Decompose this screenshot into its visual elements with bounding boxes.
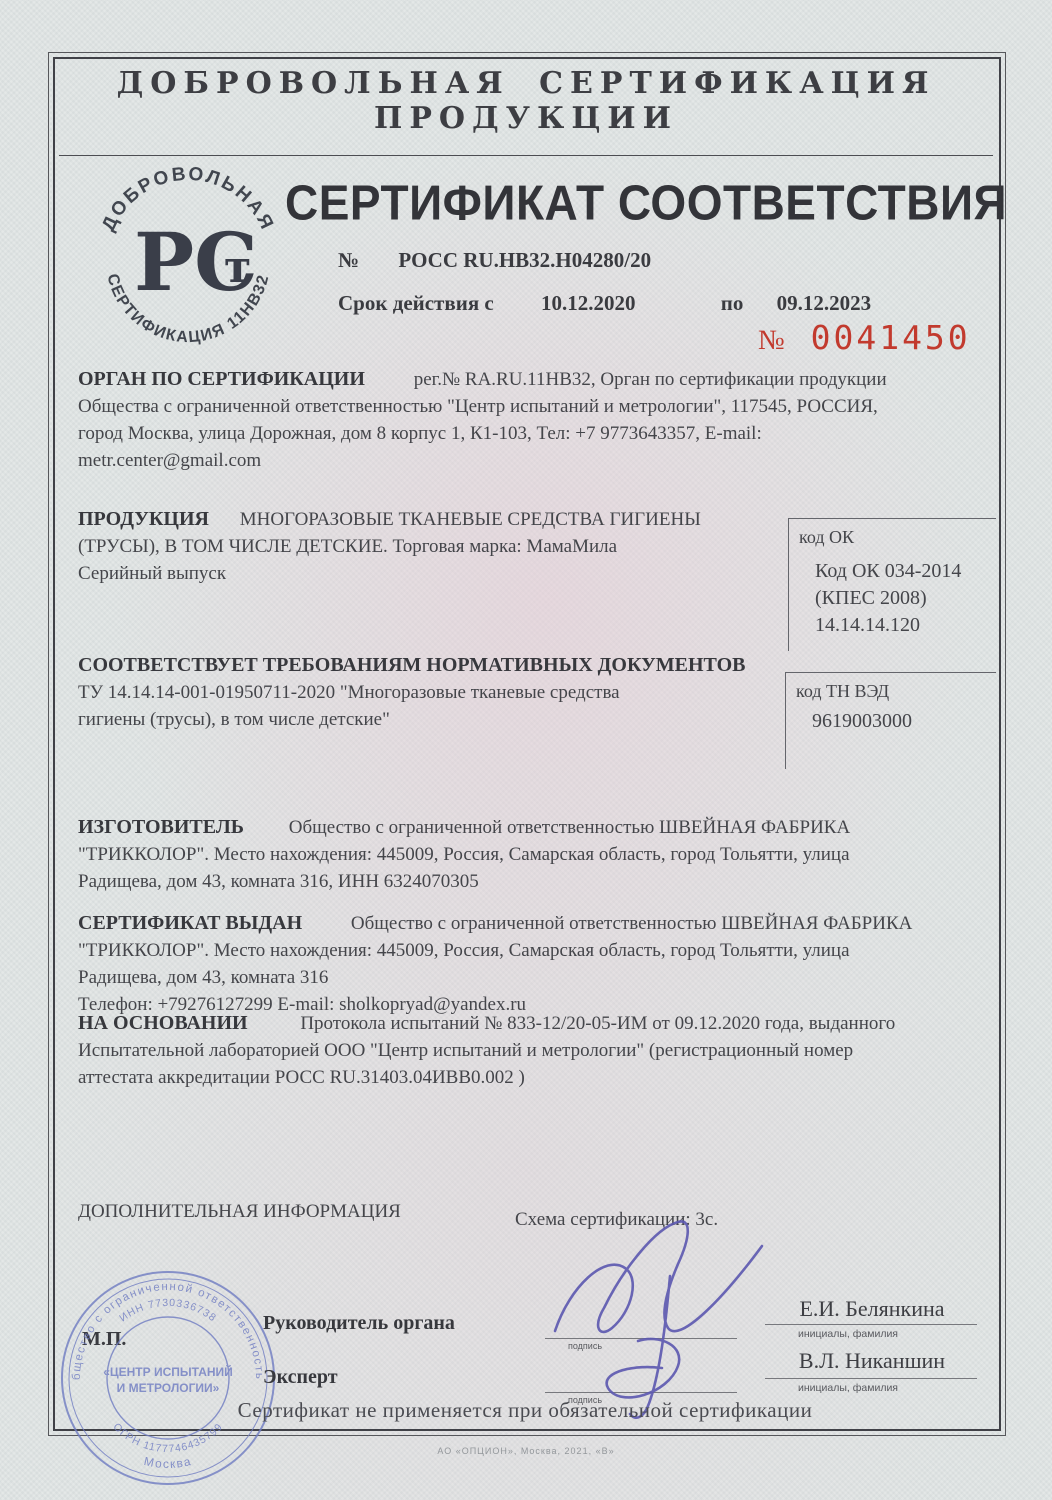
document-title: СЕРТИФИКАТ СООТВЕТСТВИЯ	[285, 174, 1007, 231]
section-issued-to-heading: СЕРТИФИКАТ ВЫДАН	[78, 912, 302, 934]
basis-line: аттестата аккредитации РОСС RU.31403.04И…	[78, 1064, 998, 1091]
certification-body-line: город Москва, улица Дорожная, дом 8 корп…	[78, 420, 958, 447]
header-band-title: ДОБРОВОЛЬНАЯ СЕРТИФИКАЦИЯ ПРОДУКЦИИ	[58, 66, 994, 136]
tnved-code-label: код ТН ВЭД	[786, 673, 996, 702]
manufacturer-name: Общество с ограниченной ответственностью…	[289, 817, 850, 838]
section-issued-to: СЕРТИФИКАТ ВЫДАН Общество с ограниченной…	[78, 910, 998, 1018]
product-name: МНОГОРАЗОВЫЕ ТКАНЕВЫЕ СРЕДСТВА ГИГИЕНЫ	[240, 509, 701, 530]
ok-code-box: код ОК Код ОК 034-2014 (КПЕС 2008) 14.14…	[788, 518, 996, 651]
conformity-line: гигиены (трусы), в том числе детские"	[78, 706, 778, 733]
basis-line: Испытательной лабораторией ООО "Центр ис…	[78, 1037, 998, 1064]
section-basis: НА ОСНОВАНИИ Протокола испытаний № 833-1…	[78, 1010, 998, 1091]
conformity-line: ТУ 14.14.14-001-01950711-2020 "Многоразо…	[78, 679, 778, 706]
product-line: (ТРУСЫ), В ТОМ ЧИСЛЕ ДЕТСКИЕ. Торговая м…	[78, 533, 788, 560]
ok-code-line: (КПЕС 2008)	[789, 585, 996, 612]
ok-code-line: Код ОК 034-2014	[789, 558, 996, 585]
section-product: ПРОДУКЦИЯ МНОГОРАЗОВЫЕ ТКАНЕВЫЕ СРЕДСТВА…	[78, 506, 788, 587]
svg-text:Москва: Москва	[143, 1454, 194, 1471]
rst-certification-emblem-icon: ДОБРОВОЛЬНАЯ СЕРТИФИКАЦИЯ 11НВ32 РС т	[86, 160, 290, 364]
svg-text:Общество с ограниченной ответс: Общество с ограниченной ответственностью	[50, 1260, 265, 1380]
name-line-2	[765, 1354, 977, 1379]
cert-number-value: РОСС RU.НВ32.Н04280/20	[398, 248, 651, 272]
blank-number-value: 0041450	[811, 318, 971, 357]
cert-number-row: № РОСС RU.НВ32.Н04280/20	[338, 248, 651, 273]
stamp-center-line1: «ЦЕНТР ИСПЫТАНИЙ	[103, 1364, 233, 1379]
validity-row: Срок действия с 10.12.2020 по 09.12.2023	[338, 291, 871, 316]
section-basis-heading: НА ОСНОВАНИИ	[78, 1012, 248, 1034]
section-product-heading: ПРОДУКЦИЯ	[78, 508, 209, 530]
certificate-page: { "colors": { "accent_red": "#c23a2e", "…	[0, 0, 1052, 1500]
ok-code-label: код ОК	[789, 519, 996, 548]
issued-to-name: Общество с ограниченной ответственностью…	[351, 913, 912, 934]
section-conformity: СООТВЕТСТВУЕТ ТРЕБОВАНИЯМ НОРМАТИВНЫХ ДО…	[78, 652, 778, 733]
manufacturer-line: Радищева, дом 43, комната 316, ИНН 63240…	[78, 868, 978, 895]
role-head-of-body: Руководитель органа	[263, 1312, 455, 1335]
stamp-inn-text: ИНН 7730336738	[117, 1297, 218, 1325]
certification-body-email: metr.center@gmail.com	[78, 447, 958, 474]
cert-number-label: №	[338, 248, 359, 272]
name-caption-2: инициалы, фамилия	[798, 1382, 898, 1394]
section-manufacturer: ИЗГОТОВИТЕЛЬ Общество с ограниченной отв…	[78, 814, 978, 895]
blank-number: № 0041450	[758, 318, 971, 357]
section-conformity-heading: СООТВЕТСТВУЕТ ТРЕБОВАНИЯМ НОРМАТИВНЫХ ДО…	[78, 652, 778, 679]
svg-text:ИНН 7730336738: ИНН 7730336738	[117, 1297, 218, 1325]
organization-round-stamp: Общество с ограниченной ответственностью…	[50, 1260, 286, 1496]
ok-code-line: 14.14.14.120	[789, 612, 996, 639]
validity-to-label: по	[721, 291, 744, 315]
basis-protocol: Протокола испытаний № 833-12/20-05-ИМ от…	[300, 1013, 895, 1034]
issued-to-line: "ТРИККОЛОР". Место нахождения: 445009, Р…	[78, 937, 998, 964]
manufacturer-line: "ТРИККОЛОР". Место нахождения: 445009, Р…	[78, 841, 978, 868]
product-line: Серийный выпуск	[78, 560, 788, 587]
issued-to-line: Радищева, дом 43, комната 316	[78, 964, 998, 991]
certification-body-line: Общества с ограниченной ответственностью…	[78, 393, 958, 420]
stamp-outer-text: Общество с ограниченной ответственностью	[50, 1260, 265, 1380]
stamp-center-line2: И МЕТРОЛОГИИ»	[117, 1381, 220, 1395]
name-caption-1: инициалы, фамилия	[798, 1328, 898, 1340]
validity-label: Срок действия с	[338, 291, 494, 315]
section-additional-heading: ДОПОЛНИТЕЛЬНАЯ ИНФОРМАЦИЯ	[78, 1198, 401, 1225]
tnved-code-box: код ТН ВЭД 9619003000	[785, 672, 996, 769]
form-imprint: АО «ОПЦИОН», Москва, 2021, «В»	[0, 1446, 1052, 1456]
name-line-1	[765, 1300, 977, 1325]
validity-to-date: 09.12.2023	[777, 291, 872, 315]
tnved-code-value: 9619003000	[786, 708, 996, 735]
stamp-city-text: Москва	[143, 1454, 194, 1471]
header-divider	[59, 155, 993, 156]
footer-note: Сертификат не применяется при обязательн…	[185, 1398, 865, 1423]
certification-body-reg: рег.№ RA.RU.11НВ32, Орган по сертификаци…	[414, 369, 887, 390]
validity-from-date: 10.12.2020	[541, 291, 636, 315]
role-expert: Эксперт	[263, 1366, 338, 1389]
section-certification-body-heading: ОРГАН ПО СЕРТИФИКАЦИИ	[78, 368, 365, 390]
section-certification-body: ОРГАН ПО СЕРТИФИКАЦИИ рег.№ RA.RU.11НВ32…	[78, 366, 958, 474]
blank-number-sign: №	[758, 325, 788, 356]
section-manufacturer-heading: ИЗГОТОВИТЕЛЬ	[78, 816, 244, 838]
emblem-rst-mark-small: т	[224, 242, 251, 293]
